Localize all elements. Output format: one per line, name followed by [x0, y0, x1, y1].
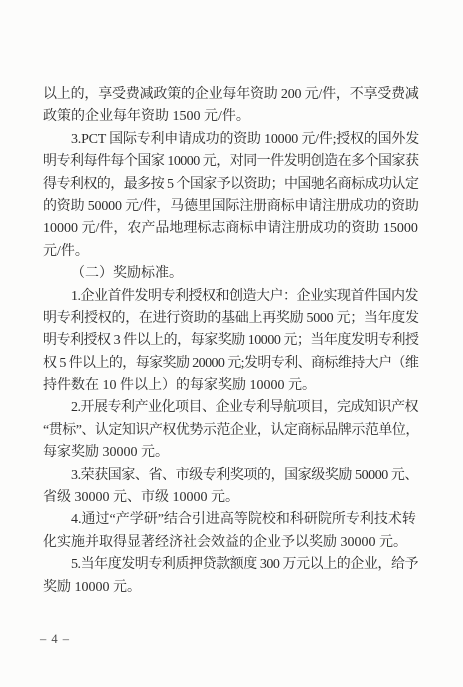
- text-line: 省级 30000 元、市级 10000 元。: [43, 487, 419, 509]
- text-line: 4.通过“产学研”结合引进高等院校和科研院所专利技术转: [43, 509, 419, 531]
- text-line: 每家奖励 30000 元。: [43, 442, 419, 464]
- text-line: 得专利权的，最多按 5 个国家予以资助；中国驰名商标成功认定: [43, 174, 419, 196]
- text-line: 化实施并取得显著经济社会效益的企业予以奖励 30000 元。: [43, 532, 419, 554]
- section-heading: （二）奖励标准。: [43, 263, 419, 285]
- text-line: 以上的，享受费减政策的企业每年资助 200 元/件，不享受费减: [43, 84, 419, 106]
- text-line: 3.PCT 国际专利申请成功的资助 10000 元/件;授权的国外发: [43, 129, 419, 151]
- text-line: 政策的企业每年资助 1500 元/件。: [43, 106, 419, 128]
- document-page: 以上的，享受费减政策的企业每年资助 200 元/件，不享受费减 政策的企业每年资…: [0, 0, 463, 687]
- text-line: 5.当年度发明专利质押贷款额度 300 万元以上的企业，给予: [43, 554, 419, 576]
- page-number: – 4 –: [40, 632, 70, 647]
- text-line: 2.开展专利产业化项目、企业专利导航项目，完成知识产权: [43, 397, 419, 419]
- text-line: 的资助 50000 元/件，马德里国际注册商标申请注册成功的资助: [43, 196, 419, 218]
- document-body: 以上的，享受费减政策的企业每年资助 200 元/件，不享受费减 政策的企业每年资…: [43, 84, 419, 599]
- text-line: 明专利每件每个国家 10000 元，对同一件发明创造在多个国家获: [43, 151, 419, 173]
- text-line: 权 5 件以上的，每家奖励 20000 元;发明专利、商标维持大户（维: [43, 353, 419, 375]
- text-line: 元/件。: [43, 241, 419, 263]
- text-line: 明专利授权的，在进行资助的基础上再奖励 5000 元；当年度发: [43, 308, 419, 330]
- text-line: 1.企业首件发明专利授权和创造大户：企业实现首件国内发: [43, 286, 419, 308]
- text-line: “贯标”、认定知识产权优势示范企业，认定商标品牌示范单位，: [43, 420, 419, 442]
- text-line: 持件数在 10 件以上）的每家奖励 10000 元。: [43, 375, 419, 397]
- text-line: 奖励 10000 元。: [43, 577, 419, 599]
- text-line: 10000 元/件，农产品地理标志商标申请注册成功的资助 15000: [43, 218, 419, 240]
- text-line: 明专利授权 3 件以上的，每家奖励 10000 元；当年度发明专利授: [43, 330, 419, 352]
- text-line: 3.荣获国家、省、市级专利奖项的，国家级奖励 50000 元、: [43, 465, 419, 487]
